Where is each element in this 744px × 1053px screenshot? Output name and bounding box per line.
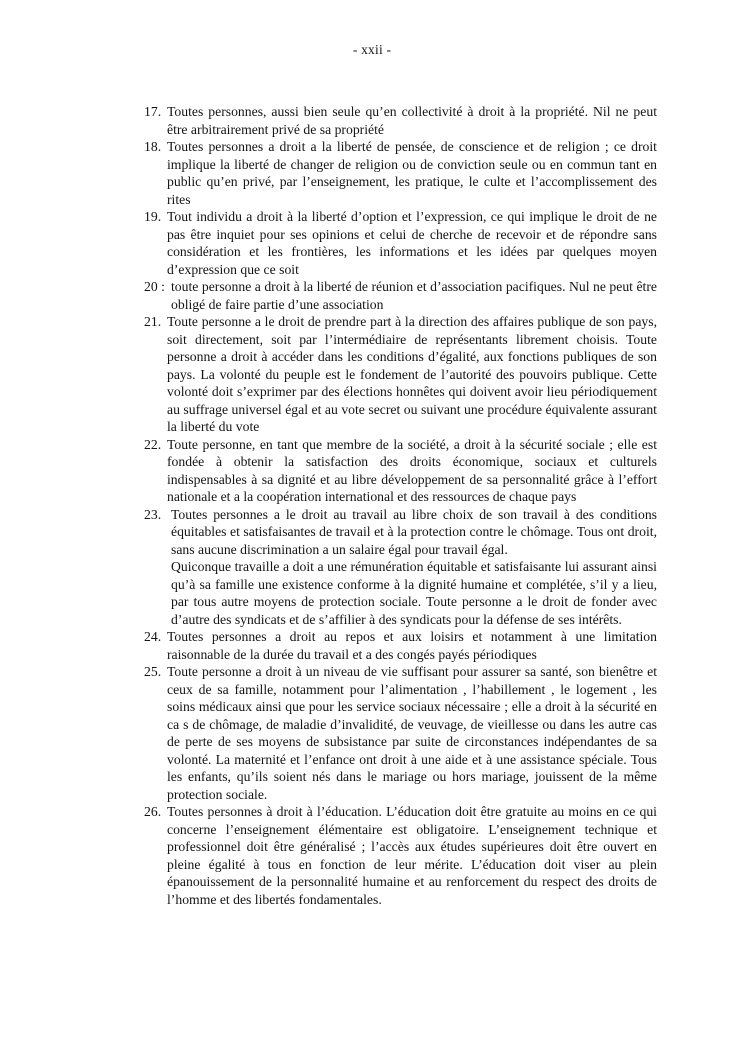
item-number: 21. xyxy=(144,313,161,331)
item-number: 25. xyxy=(144,663,161,681)
list-item: 17.Toutes personnes, aussi bien seule qu… xyxy=(144,103,657,138)
item-number: 19. xyxy=(144,208,161,226)
item-text: Tout individu a droit à la liberté d’opt… xyxy=(167,209,657,277)
item-text: Toutes personnes a droit a la liberté de… xyxy=(167,139,657,207)
item-text: Toutes personnes, aussi bien seule qu’en… xyxy=(167,104,657,137)
item-text: Toutes personnes à droit à l’éducation. … xyxy=(167,804,657,907)
paragraph-list: 17.Toutes personnes, aussi bien seule qu… xyxy=(144,103,657,908)
item-number: 17. xyxy=(144,103,161,121)
item-number: 22. xyxy=(144,436,161,454)
list-item: 25.Toute personne a droit à un niveau de… xyxy=(144,663,657,803)
item-text: Toutes personnes a droit au repos et aux… xyxy=(167,629,657,662)
item-number: 18. xyxy=(144,138,161,156)
document-page: - xxii - 17.Toutes personnes, aussi bien… xyxy=(0,0,744,1053)
item-text: toute personne a droit à la liberté de r… xyxy=(171,279,657,312)
item-text: Toute personne, en tant que membre de la… xyxy=(167,437,657,505)
item-subtext: Quiconque travaille a doit a une rémunér… xyxy=(171,558,657,628)
list-item: 18.Toutes personnes a droit a la liberté… xyxy=(144,138,657,208)
page-number-header: - xxii - xyxy=(0,42,744,58)
list-item: 19.Tout individu a droit à la liberté d’… xyxy=(144,208,657,278)
item-number: 26. xyxy=(144,803,161,821)
item-number: 23. xyxy=(144,506,161,524)
list-item: 20 :toute personne a droit à la liberté … xyxy=(144,278,657,313)
list-item: 22.Toute personne, en tant que membre de… xyxy=(144,436,657,506)
list-item: 21.Toute personne a le droit de prendre … xyxy=(144,313,657,436)
item-number: 24. xyxy=(144,628,161,646)
item-text: Toute personne a le droit de prendre par… xyxy=(167,314,657,434)
item-text: Toute personne a droit à un niveau de vi… xyxy=(167,664,657,802)
item-text: Toutes personnes a le droit au travail a… xyxy=(171,507,657,557)
item-number: 20 : xyxy=(144,278,165,296)
list-item: 24.Toutes personnes a droit au repos et … xyxy=(144,628,657,663)
list-item: 23.Toutes personnes a le droit au travai… xyxy=(144,506,657,629)
list-item: 26.Toutes personnes à droit à l’éducatio… xyxy=(144,803,657,908)
